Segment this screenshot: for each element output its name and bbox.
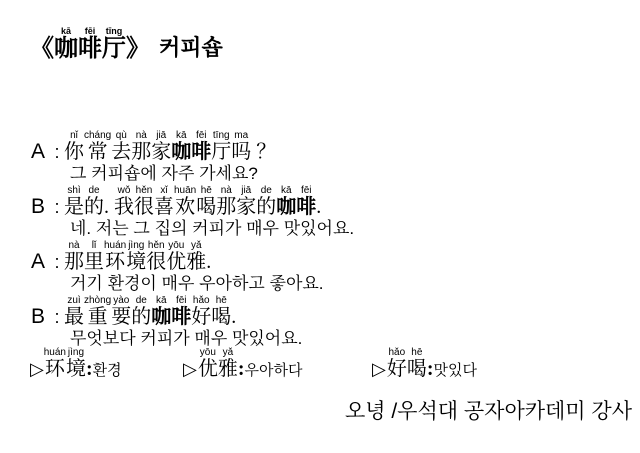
dialog-block: B:最zuì重zhòng要yào的de咖kā啡fēi好hǎo喝hē.무엇보다 커… xyxy=(31,295,354,350)
hanzi-with-pinyin: 去qù xyxy=(111,141,131,163)
hanzi-with-pinyin: 家jiā xyxy=(236,196,256,218)
hanzi-with-pinyin: 啡fēi xyxy=(78,36,102,62)
hanzi-with-pinyin: 境jìng xyxy=(66,358,86,380)
hanzi-with-pinyin: 欢huān xyxy=(174,196,196,218)
hanzi-with-pinyin: 重zhòng xyxy=(84,306,111,328)
chinese-ruby-text: 是shì的de. 我wǒ很hěn喜xǐ欢huān喝hē那nà家jiā的de咖kā… xyxy=(64,196,321,218)
hanzi-with-pinyin: 咖kā xyxy=(276,196,296,218)
hanzi-with-pinyin: . xyxy=(104,196,114,218)
speaker-label: A xyxy=(31,141,50,163)
hanzi-with-pinyin: 喝hē xyxy=(407,358,427,380)
hanzi-with-pinyin: 咖kā xyxy=(54,36,78,62)
vocab-item: ▷好hǎo喝hē:맛있다 xyxy=(372,347,477,380)
hanzi-with-pinyin: 《 xyxy=(30,36,54,62)
hanzi-with-pinyin: 的de xyxy=(131,306,151,328)
hanzi-with-pinyin: 家jiā xyxy=(151,141,171,163)
speaker-label: B xyxy=(31,196,50,218)
hanzi-with-pinyin: 》 xyxy=(126,36,150,62)
lesson-slide: 《咖kā啡fēi厅tīng》커피숍 A:你nǐ常cháng去qù那nà家jiā咖… xyxy=(0,0,640,453)
hanzi-with-pinyin: 是shì xyxy=(64,196,84,218)
speaker-colon: : xyxy=(50,198,64,217)
dialog-block: B:是shì的de. 我wǒ很hěn喜xǐ欢huān喝hē那nà家jiā的de咖… xyxy=(31,185,354,240)
speaker-label: A xyxy=(31,251,50,273)
hanzi-with-pinyin: 喝hē xyxy=(196,196,216,218)
hanzi-with-pinyin: 最zuì xyxy=(64,306,84,328)
vocab-colon: : xyxy=(86,358,93,380)
chinese-line: A:那nà里lǐ环huán境jìng很hěn优yōu雅yǎ. xyxy=(31,240,354,273)
hanzi-with-pinyin: 很hěn xyxy=(146,251,166,273)
hanzi-with-pinyin: . xyxy=(316,196,321,218)
triangle-bullet-icon: ▷ xyxy=(372,359,386,379)
hanzi-with-pinyin: 很hěn xyxy=(134,196,154,218)
title-chinese: 《咖kā啡fēi厅tīng》 xyxy=(30,36,150,62)
title-korean: 커피숍 xyxy=(159,35,223,60)
chinese-line: B:最zuì重zhòng要yào的de咖kā啡fēi好hǎo喝hē. xyxy=(31,295,354,328)
vocab-colon: : xyxy=(238,358,245,380)
chinese-ruby-text: 最zuì重zhòng要yào的de咖kā啡fēi好hǎo喝hē. xyxy=(64,306,236,328)
hanzi-with-pinyin: 环huán xyxy=(45,358,66,380)
hanzi-with-pinyin: 喜xǐ xyxy=(154,196,174,218)
dialog: A:你nǐ常cháng去qù那nà家jiā咖kā啡fēi厅tīng吗ma ？그 … xyxy=(31,130,354,350)
speaker-colon: : xyxy=(50,143,64,162)
korean-line: 거기 환경이 매우 우아하고 좋아요. xyxy=(70,275,354,294)
hanzi-with-pinyin: 我wǒ xyxy=(114,196,134,218)
hanzi-with-pinyin: 啡fēi xyxy=(171,306,191,328)
hanzi-with-pinyin: 厅tīng xyxy=(102,36,126,62)
hanzi-with-pinyin: 常cháng xyxy=(84,141,111,163)
hanzi-with-pinyin: 优yōu xyxy=(198,358,218,380)
vocab-item: ▷环huán境jìng:환경 xyxy=(30,347,122,380)
credit-line: 오녕 /우석대 공자아카데미 강사 xyxy=(345,395,632,425)
hanzi-with-pinyin: 喝hē xyxy=(211,306,231,328)
hanzi-with-pinyin: 雅yǎ xyxy=(186,251,206,273)
hanzi-with-pinyin: 境jìng xyxy=(126,251,146,273)
speaker-label: B xyxy=(31,306,50,328)
vocab-row: ▷环huán境jìng:환경▷优yōu雅yǎ:우아하다▷好hǎo喝hē:맛있다 xyxy=(0,347,640,387)
hanzi-with-pinyin: . xyxy=(206,251,211,273)
hanzi-with-pinyin: 要yào xyxy=(111,306,131,328)
vocab-meaning: 우아하다 xyxy=(245,362,303,379)
chinese-ruby-text: 你nǐ常cháng去qù那nà家jiā咖kā啡fēi厅tīng吗ma ？ xyxy=(64,141,276,163)
hanzi-with-pinyin: 吗ma xyxy=(231,141,251,163)
dialog-block: A:你nǐ常cháng去qù那nà家jiā咖kā啡fēi厅tīng吗ma ？그 … xyxy=(31,130,354,185)
hanzi-with-pinyin: . xyxy=(231,306,236,328)
speaker-colon: : xyxy=(50,308,64,327)
vocab-word: 环huán境jìng xyxy=(45,358,86,380)
hanzi-with-pinyin: 啡fēi xyxy=(296,196,316,218)
hanzi-with-pinyin: 优yōu xyxy=(166,251,186,273)
chinese-line: B:是shì的de. 我wǒ很hěn喜xǐ欢huān喝hē那nà家jiā的de咖… xyxy=(31,185,354,218)
chinese-line: A:你nǐ常cháng去qù那nà家jiā咖kā啡fēi厅tīng吗ma ？ xyxy=(31,130,354,163)
hanzi-with-pinyin: 雅yǎ xyxy=(218,358,238,380)
hanzi-with-pinyin: 的de xyxy=(256,196,276,218)
chinese-ruby-text: 那nà里lǐ环huán境jìng很hěn优yōu雅yǎ. xyxy=(64,251,211,273)
korean-line: 무엇보다 커피가 매우 맛있어요. xyxy=(70,330,354,349)
hanzi-with-pinyin: 啡fēi xyxy=(191,141,211,163)
hanzi-with-pinyin: 咖kā xyxy=(151,306,171,328)
triangle-bullet-icon: ▷ xyxy=(30,359,44,379)
hanzi-with-pinyin: 好hǎo xyxy=(191,306,211,328)
page-title: 《咖kā啡fēi厅tīng》커피숍 xyxy=(30,27,223,62)
korean-line: 그 커피숍에 자주 가세요? xyxy=(70,165,354,184)
korean-line: 네. 저는 그 집의 커피가 매우 맛있어요. xyxy=(70,220,354,239)
hanzi-with-pinyin: 那nà xyxy=(216,196,236,218)
hanzi-with-pinyin: 的de xyxy=(84,196,104,218)
vocab-word: 优yōu雅yǎ xyxy=(198,358,238,380)
hanzi-with-pinyin: ？ xyxy=(251,141,276,163)
vocab-word: 好hǎo喝hē xyxy=(387,358,427,380)
hanzi-with-pinyin: 好hǎo xyxy=(387,358,407,380)
vocab-item: ▷优yōu雅yǎ:우아하다 xyxy=(183,347,302,380)
vocab-meaning: 환경 xyxy=(93,362,122,379)
dialog-block: A:那nà里lǐ环huán境jìng很hěn优yōu雅yǎ.거기 환경이 매우 … xyxy=(31,240,354,295)
speaker-colon: : xyxy=(50,253,64,272)
hanzi-with-pinyin: 环huán xyxy=(104,251,126,273)
hanzi-with-pinyin: 那nà xyxy=(131,141,151,163)
hanzi-with-pinyin: 咖kā xyxy=(171,141,191,163)
hanzi-with-pinyin: 厅tīng xyxy=(211,141,231,163)
hanzi-with-pinyin: 那nà xyxy=(64,251,84,273)
hanzi-with-pinyin: 你nǐ xyxy=(64,141,84,163)
vocab-meaning: 맛있다 xyxy=(434,362,477,379)
vocab-colon: : xyxy=(427,358,434,380)
triangle-bullet-icon: ▷ xyxy=(183,359,197,379)
hanzi-with-pinyin: 里lǐ xyxy=(84,251,104,273)
